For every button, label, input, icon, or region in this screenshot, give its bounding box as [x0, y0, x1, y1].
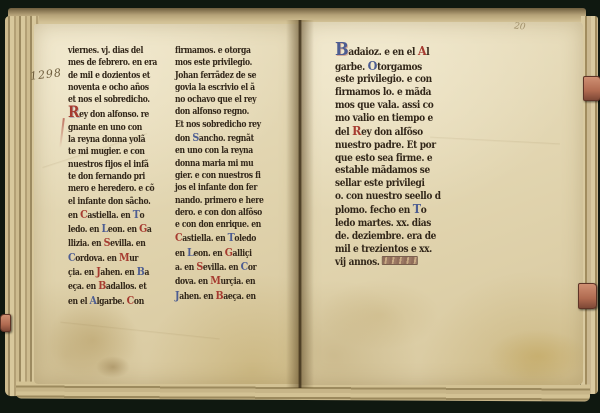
text-segment: ordova. en — [75, 254, 119, 264]
text-segment: ur — [129, 254, 138, 264]
text-segment: mero e heredero. e cõ — [68, 184, 154, 194]
manuscript-text-line: vij annos. — [335, 256, 441, 270]
text-segment: mos que vala. assi co — [335, 100, 433, 111]
text-segment: ahen. en — [179, 292, 215, 302]
text-segment: A — [89, 293, 96, 307]
text-segment: te don fernando pri — [68, 172, 145, 182]
right-page: 20 Badaioz. e en el Algarbe. Otorgamoses… — [300, 22, 583, 385]
text-segment: dova. en — [175, 277, 210, 287]
manuscript-text-line: Et nos sobredicho rey — [175, 119, 263, 131]
text-segment: B — [137, 264, 145, 278]
manuscript-text-line: Jahen. en Baeça. en — [175, 289, 263, 303]
text-segment: C — [68, 250, 75, 264]
manuscript-text-line: don alfonso regno. — [175, 106, 263, 118]
manuscript-text-line: gnante en uno con — [68, 122, 157, 134]
text-segment: en — [175, 249, 187, 259]
text-segment: B — [335, 39, 348, 60]
manuscript-text-line: Castiella. en Toledo — [175, 231, 263, 245]
text-segment: mil e trezientos e xx. — [335, 244, 432, 255]
text-segment: sellar este privilegi — [335, 178, 425, 189]
folio-number: 20 — [514, 21, 526, 32]
text-segment: M — [210, 273, 220, 287]
text-segment: a — [144, 268, 149, 278]
text-segment: e con don enrique. en — [175, 220, 261, 230]
text-segment: te mi mugier. e con — [68, 147, 145, 157]
manuscript-text-line: jos el infante don fer — [175, 182, 263, 194]
manuscript-text-line: mos este privilegio. — [175, 57, 263, 69]
text-segment: eon. en — [108, 225, 139, 235]
manuscript-text-line: en el Algarbe. Con — [68, 294, 157, 308]
manuscript-text-line: dova. en Murçia. en — [175, 274, 263, 288]
manuscript-text-line: mo valio en tiempo e — [335, 113, 441, 126]
text-segment: G — [139, 221, 147, 235]
text-segment: que esto sea firme. e — [335, 153, 432, 164]
text-segment: R — [352, 123, 361, 138]
text-segment: en el — [68, 297, 89, 307]
text-segment: mo valio en tiempo e — [335, 113, 433, 124]
text-segment: et nos el sobredicho. — [68, 95, 150, 105]
manuscript-text-line: çia. en Jahen. en Ba — [68, 265, 157, 279]
manuscript-text-line: este privilegio. e con — [335, 74, 441, 87]
text-segment: no ochavo que el rey — [175, 95, 256, 105]
text-segment: jos el infante don fer — [175, 183, 257, 193]
manuscript-text-line: la reyna donna yolã — [68, 134, 157, 146]
manuscript-text-line: llizia. en Sevilla. en — [68, 236, 157, 250]
text-segment: Johan ferrãdez de se — [175, 71, 256, 81]
text-segment: adaioz. e en el — [348, 47, 418, 58]
text-segment: de mil e dozientos et — [68, 71, 150, 81]
manuscript-text-line: mero e heredero. e cõ — [68, 183, 157, 195]
manuscript-text-line: sellar este privilegi — [335, 178, 441, 191]
manuscript-text-line: e con don enrique. en — [175, 219, 263, 231]
text-segment: en uno con la reyna — [175, 146, 253, 156]
text-segment: en — [68, 211, 80, 221]
bookmark-tab — [578, 283, 597, 309]
manuscript-text-line: en Castiella. en To — [68, 208, 157, 222]
manuscript-photo: 1298 viernes. vj. dias delmes de febrero… — [0, 0, 600, 413]
left-page-column-2: firmamos. e otorgamos este privilegio.Jo… — [175, 45, 279, 303]
text-segment: evilla. en — [110, 239, 145, 249]
text-segment: B — [216, 288, 224, 302]
manuscript-text-line: a. en Sevilla. en Cor — [175, 260, 263, 274]
manuscript-text-line: Johan ferrãdez de se — [175, 70, 263, 82]
manuscript-text-line: del Rey don alfõso — [335, 125, 441, 140]
text-segment: eon. en — [193, 249, 224, 259]
text-segment: astiella. en — [87, 211, 132, 221]
text-segment: astiella. en — [182, 234, 227, 244]
manuscript-text-line: Rey don alfonso. re — [68, 106, 157, 121]
manuscript-text-line: et nos el sobredicho. — [68, 94, 157, 106]
text-segment: lgarbe. — [97, 297, 127, 307]
manuscript-text-line: eça. en Badallos. et — [68, 279, 157, 293]
text-segment: on — [134, 297, 144, 307]
text-segment: donna maria mi mu — [175, 159, 253, 169]
manuscript-text-line: que esto sea firme. e — [335, 153, 441, 166]
text-segment: viernes. vj. dias del — [68, 46, 143, 56]
text-segment: nuestro padre. Et por — [335, 140, 436, 151]
manuscript-text-line: donna maria mi mu — [175, 158, 263, 170]
text-segment: a. en — [175, 263, 196, 273]
text-segment: el infante don sãcho. — [68, 197, 150, 207]
manuscript-text-line: plomo. fecho en To — [335, 203, 441, 218]
manuscript-text-line: en uno con la reyna — [175, 145, 263, 157]
text-segment: a — [147, 225, 152, 235]
manuscript-text-line: Badaioz. e en el Al — [335, 44, 441, 60]
line-filler-ornament — [381, 256, 417, 265]
manuscript-text-line: dero. e con don alfõso — [175, 207, 263, 219]
manuscript-text-line: nuestros fijos el infã — [68, 159, 157, 171]
manuscript-text-line: o. con nuestro seello d — [335, 191, 441, 204]
text-segment: adallos. et — [106, 282, 146, 292]
text-segment: del — [335, 127, 352, 138]
manuscript-text-line: don Sancho. regnãt — [175, 131, 263, 145]
text-segment: ledo. en — [68, 225, 101, 235]
text-segment: firmamos. e otorga — [175, 46, 251, 56]
text-segment: don — [175, 134, 192, 144]
text-segment: ey don alfõso — [361, 127, 423, 138]
text-segment: garbe. — [335, 62, 368, 73]
manuscript-text-line: te mi mugier. e con — [68, 146, 157, 158]
text-segment: gnante en uno con — [68, 123, 142, 133]
text-segment: evilla. en — [203, 263, 241, 273]
bookmark-tab — [0, 314, 11, 332]
text-segment: l — [426, 47, 429, 58]
text-segment: C — [241, 259, 248, 273]
text-segment: firmamos lo. e mãda — [335, 87, 431, 98]
text-segment: plomo. fecho en — [335, 205, 413, 216]
text-segment: aeça. en — [223, 292, 255, 302]
text-segment: dero. e con don alfõso — [175, 208, 262, 218]
right-page-column-1: Badaioz. e en el Algarbe. Otorgamoseste … — [335, 44, 452, 270]
text-segment: nando. primero e here — [175, 196, 263, 206]
text-segment: ey don alfonso. re — [79, 110, 149, 120]
manuscript-text-line: viernes. vj. dias del — [68, 45, 157, 57]
text-segment: gier. e con nuestros fi — [175, 171, 261, 181]
manuscript-text-line: firmamos lo. e mãda — [335, 87, 441, 100]
manuscript-text-line: mes de febrero. en era — [68, 57, 157, 69]
manuscript-text-line: mil e trezientos e xx. — [335, 244, 441, 257]
manuscript-text-line: garbe. Otorgamos — [335, 60, 441, 75]
text-segment: T — [228, 230, 235, 244]
text-segment: mos este privilegio. — [175, 58, 252, 68]
text-segment: nuestros fijos el infã — [68, 160, 149, 170]
text-segment: vij annos. — [335, 257, 380, 268]
text-segment: C — [80, 207, 87, 221]
text-segment: de. deziembre. era de — [335, 231, 436, 242]
text-segment: R — [68, 102, 79, 121]
text-segment: C — [175, 230, 182, 244]
text-segment: urçia. en — [220, 277, 255, 287]
text-segment: G — [225, 245, 233, 259]
text-segment: govia la escrivio el ã — [175, 83, 255, 93]
manuscript-text-line: nando. primero e here — [175, 195, 263, 207]
text-segment: torgamos — [377, 62, 422, 73]
manuscript-text-line: de. deziembre. era de — [335, 231, 441, 244]
text-segment: estable mãdamos se — [335, 165, 430, 176]
text-segment: O — [368, 58, 377, 73]
text-segment: oledo — [234, 234, 256, 244]
manuscript-text-line: Cordova. en Mur — [68, 251, 157, 265]
text-segment: o — [421, 205, 427, 216]
manuscript-text-line: firmamos. e otorga — [175, 45, 263, 57]
text-segment: o — [139, 211, 144, 221]
manuscript-text-line: gier. e con nuestros fi — [175, 170, 263, 182]
manuscript-text-line: ledo martes. xx. dias — [335, 218, 441, 231]
manuscript-text-line: noventa e ocho años — [68, 82, 157, 94]
text-segment: noventa e ocho años — [68, 83, 149, 93]
text-segment: or — [248, 263, 256, 273]
manuscript-text-line: te don fernando pri — [68, 171, 157, 183]
text-segment: B — [98, 278, 106, 292]
left-page-column-1: viernes. vj. dias delmes de febrero. en … — [68, 45, 173, 308]
text-segment: don alfonso regno. — [175, 107, 249, 117]
manuscript-text-line: nuestro padre. Et por — [335, 140, 441, 153]
manuscript-text-line: ledo. en Leon. en Ga — [68, 222, 157, 236]
text-segment: alliçi — [233, 249, 252, 259]
text-segment: M — [119, 250, 129, 264]
text-segment: llizia. en — [68, 239, 104, 249]
manuscript-text-line: mos que vala. assi co — [335, 100, 441, 113]
margin-year-note: 1298 — [29, 66, 62, 83]
text-segment: ledo martes. xx. dias — [335, 218, 431, 229]
manuscript-text-line: en Leon. en Galliçi — [175, 246, 263, 260]
left-page: 1298 viernes. vj. dias delmes de febrero… — [34, 24, 300, 384]
text-segment: C — [127, 293, 134, 307]
bookmark-tab — [583, 76, 600, 101]
text-segment: la reyna donna yolã — [68, 135, 145, 145]
manuscript-text-line: govia la escrivio el ã — [175, 82, 263, 94]
text-segment: Et nos sobredicho rey — [175, 120, 261, 130]
text-segment: mes de febrero. en era — [68, 58, 157, 68]
text-segment: ahen. en — [100, 268, 136, 278]
text-segment: ancho. regnãt — [199, 134, 254, 144]
manuscript-text-line: de mil e dozientos et — [68, 70, 157, 82]
manuscript-text-line: estable mãdamos se — [335, 165, 441, 178]
text-segment: este privilegio. e con — [335, 74, 432, 85]
text-segment: çia. en — [68, 268, 96, 278]
text-segment: o. con nuestro seello d — [335, 191, 441, 202]
manuscript-text-line: no ochavo que el rey — [175, 94, 263, 106]
text-segment: eça. en — [68, 282, 98, 292]
page-stack-right-edge — [581, 16, 598, 394]
